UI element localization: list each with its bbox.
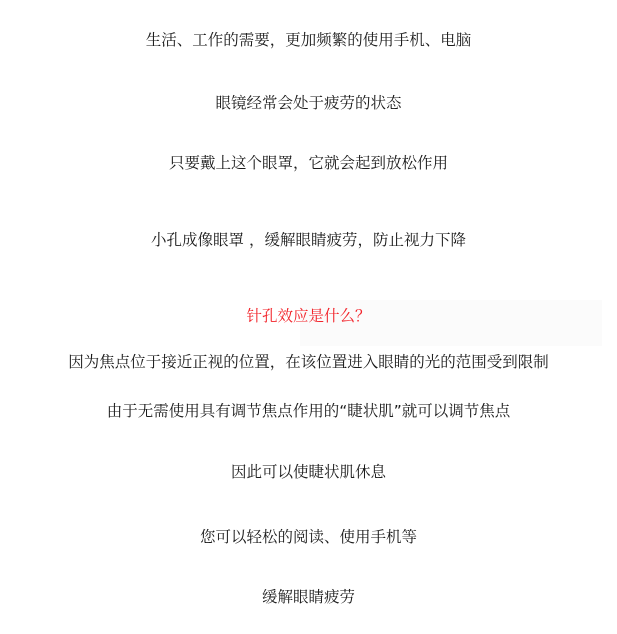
text-line-easy-reading: 您可以轻松的阅读、使用手机等 [0, 527, 617, 547]
text-line-ciliary-muscle: 由于无需使用具有调节焦点作用的“睫状肌”就可以调节焦点 [0, 401, 617, 421]
text-line-relieve-fatigue: 缓解眼睛疲劳 [0, 587, 617, 607]
heading-pinhole-effect: 针孔效应是什么？ [0, 306, 617, 326]
text-line-muscle-rest: 因此可以使睫状肌休息 [0, 462, 617, 482]
text-line-usage-needs: 生活、工作的需要，更加频繁的使用手机、电脑 [0, 30, 617, 50]
text-line-wear-mask: 只要戴上这个眼罩，它就会起到放松作用 [0, 153, 617, 173]
text-line-focus-position: 因为焦点位于接近正视的位置，在该位置进入眼睛的光的范围受到限制 [0, 352, 617, 372]
text-line-eye-fatigue: 眼镜经常会处于疲劳的状态 [0, 93, 617, 113]
text-line-pinhole-mask: 小孔成像眼罩 ，缓解眼睛疲劳，防止视力下降 [0, 230, 617, 250]
